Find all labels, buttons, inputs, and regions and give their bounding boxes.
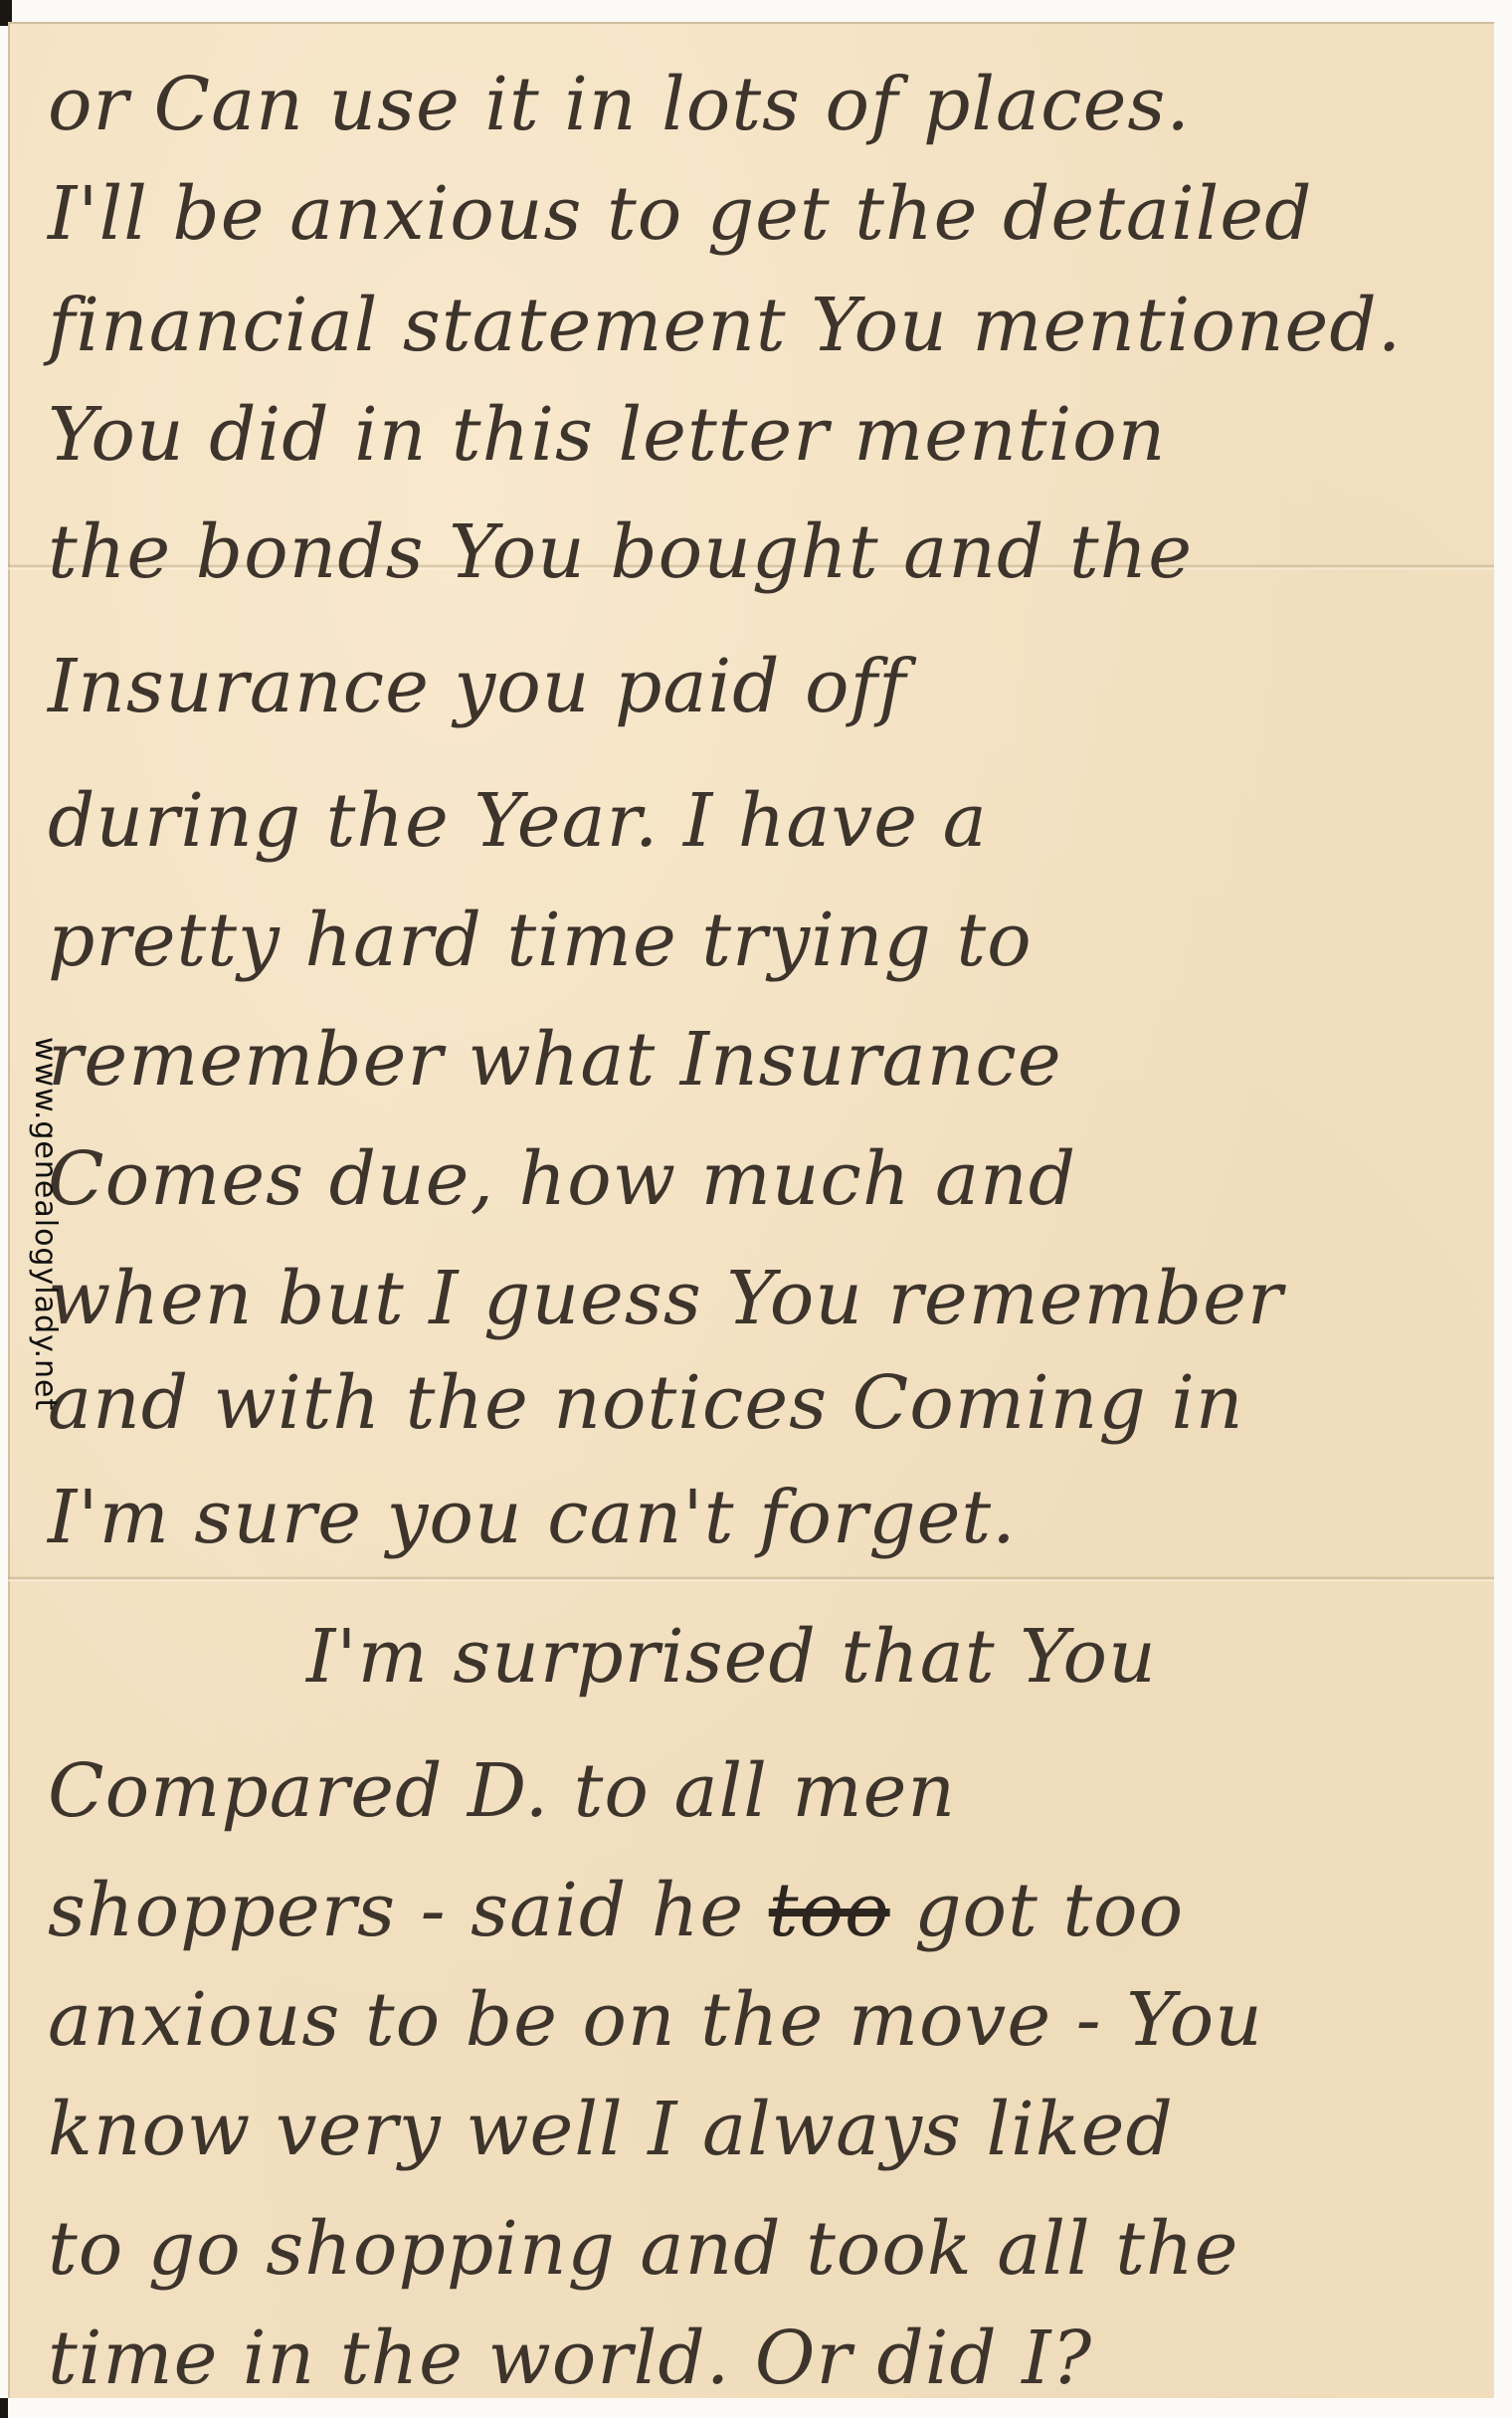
text-line: remember what Insurance — [48, 1017, 1062, 1103]
struck-word: too — [769, 1868, 890, 1953]
text-line: shoppers - said he too got too — [48, 1868, 1184, 1953]
text-line: Compared D. to all men — [48, 1748, 956, 1834]
fold-crease — [8, 1576, 1494, 1582]
scan-edge — [0, 2398, 8, 2418]
text-line: pretty hard time trying to — [48, 898, 1033, 983]
letter-page: or Can use it in lots of places. I'll be… — [8, 22, 1494, 2398]
text-line: when but I guess You remember — [48, 1256, 1283, 1341]
text-line: the bonds You bought and the — [48, 509, 1193, 595]
text-segment: shoppers - said he — [48, 1868, 744, 1953]
text-line: anxious to be on the move - You — [48, 1977, 1263, 2063]
text-line: Comes due, how much and — [48, 1136, 1076, 1222]
watermark-text: www.genealogylady.net — [28, 1037, 63, 1411]
text-line: Insurance you paid off — [48, 644, 906, 729]
text-line: or Can use it in lots of places. — [48, 62, 1191, 147]
text-line: time in the world. Or did I? — [48, 2316, 1092, 2401]
text-line: know very well I always liked — [48, 2087, 1174, 2172]
text-line: I'm surprised that You — [306, 1614, 1157, 1700]
text-line: and with the notices Coming in — [48, 1360, 1244, 1446]
text-line: financial statement You mentioned. — [48, 283, 1402, 368]
text-line: You did in this letter mention — [48, 392, 1166, 478]
text-line: during the Year. I have a — [48, 778, 988, 864]
text-line: I'm sure you can't forget. — [48, 1475, 1017, 1560]
text-line: to go shopping and took all the — [48, 2206, 1238, 2292]
text-line: I'll be anxious to get the detailed — [48, 171, 1312, 257]
text-segment: got too — [914, 1868, 1184, 1953]
